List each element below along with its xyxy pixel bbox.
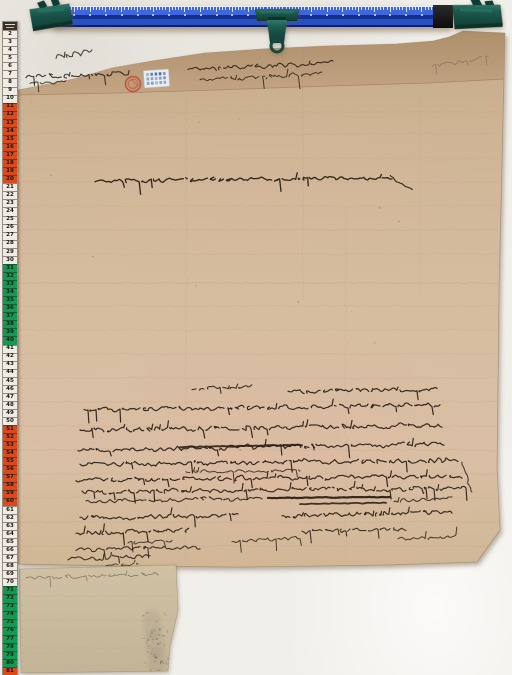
- left-clip: [29, 0, 73, 31]
- clips-layer: [0, 0, 512, 675]
- center-clip: [255, 9, 299, 52]
- right-clip: [451, 0, 503, 31]
- photo-of-manuscript: 2345678910111213141516171819202122232425…: [0, 0, 512, 675]
